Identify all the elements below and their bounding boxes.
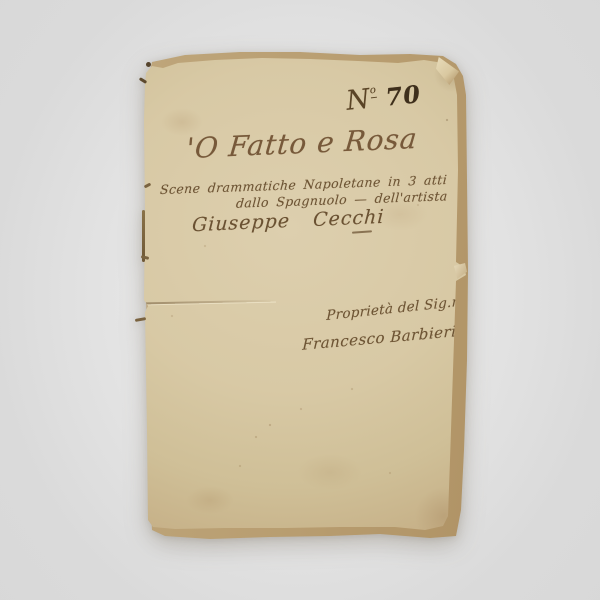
binding-thread [135, 317, 146, 322]
ownership-line-1: Proprietà del Sig.r [326, 294, 458, 324]
binding-thread [142, 210, 145, 262]
pen-flourish [352, 230, 372, 233]
catalog-number: No70 [345, 78, 423, 117]
manuscript-cover: No70 'O Fatto e Rosa Scene drammatiche N… [0, 0, 600, 600]
paper-crease [146, 300, 276, 305]
ownership-line-2: Francesco Barbieri [302, 322, 457, 354]
manuscript-title: 'O Fatto e Rosa [185, 122, 420, 165]
catalog-number-superscript: o [369, 85, 376, 99]
photo-background: No70 'O Fatto e Rosa Scene drammatiche N… [0, 0, 600, 600]
manuscript-book: No70 'O Fatto e Rosa Scene drammatiche N… [0, 0, 600, 600]
catalog-number-value: 70 [384, 79, 422, 112]
binding-thread [146, 62, 151, 67]
catalog-number-label: N [345, 83, 373, 116]
